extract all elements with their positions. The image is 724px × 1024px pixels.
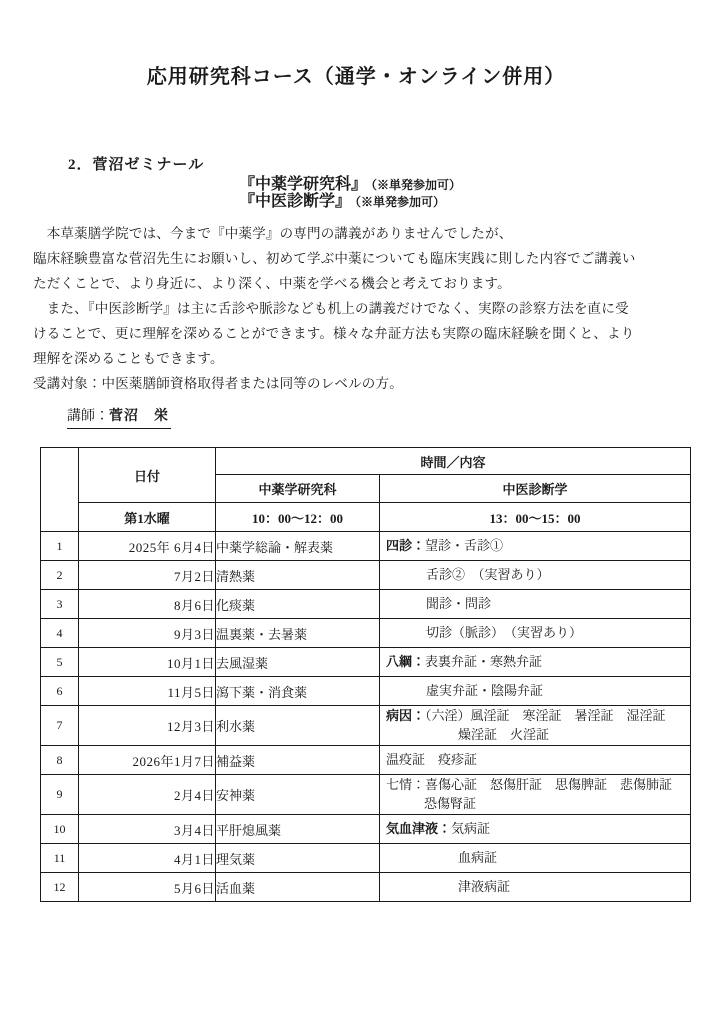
row-number-cell: 11 bbox=[41, 844, 79, 873]
diagnostics-topic-cell: 切診（脈診） （実習あり） bbox=[380, 619, 691, 648]
table-row: 82026年1月7日補益薬温疫証 疫疹証 bbox=[41, 746, 691, 775]
table-row: 125月6日活血薬津液病証 bbox=[41, 873, 691, 902]
table-row: 103月4日平肝熄風薬気血津液：気病証 bbox=[41, 815, 691, 844]
row-number-cell: 8 bbox=[41, 746, 79, 775]
page-title: 応用研究科コース（通学・オンライン併用） bbox=[0, 60, 712, 89]
pharmacology-topic-cell: 去風湿薬 bbox=[216, 648, 380, 677]
date-cell: 2026年1月7日 bbox=[79, 746, 216, 775]
row-number-cell: 2 bbox=[41, 561, 79, 590]
header-course-2: 中医診断学 bbox=[380, 475, 691, 503]
course-2-title: 『中医診断学』 bbox=[239, 193, 351, 210]
diagnostics-line: 八綱：表裏弁証・寒熱弁証 bbox=[380, 653, 690, 672]
date-cell: 8月6日 bbox=[79, 590, 216, 619]
pharmacology-topic-cell: 清熱薬 bbox=[216, 561, 380, 590]
diagnostics-line: 七情：喜傷心証 怒傷肝証 思傷脾証 悲傷肺証 bbox=[380, 776, 690, 795]
diagnostics-topic-cell: 聞診・問診 bbox=[380, 590, 691, 619]
paragraph-line: 臨床経験豊富な菅沼先生にお願いし、初めて学ぶ中薬についても臨床実践に則した内容で… bbox=[33, 246, 698, 271]
diagnostics-line: 温疫証 疫疹証 bbox=[380, 751, 690, 770]
header-time-2: 13：00～15：00 bbox=[380, 503, 691, 532]
diagnostics-line: 虚実弁証・陰陽弁証 bbox=[380, 682, 690, 701]
date-cell: 2月4日 bbox=[79, 775, 216, 815]
header-week: 第1水曜 bbox=[79, 503, 216, 532]
row-number-cell: 10 bbox=[41, 815, 79, 844]
category-prefix: 八綱： bbox=[386, 654, 425, 669]
header-course-1: 中薬学研究科 bbox=[216, 475, 380, 503]
pharmacology-topic-cell: 温裏薬・去暑薬 bbox=[216, 619, 380, 648]
date-cell: 9月3日 bbox=[79, 619, 216, 648]
table-row: 712月3日利水薬病因：（六淫）風淫証 寒淫証 暑淫証 湿淫証燥淫証 火淫証 bbox=[41, 706, 691, 746]
pharmacology-topic-cell: 利水薬 bbox=[216, 706, 380, 746]
pharmacology-topic-cell: 瀉下薬・消食薬 bbox=[216, 677, 380, 706]
pharmacology-topic-cell: 化痰薬 bbox=[216, 590, 380, 619]
diagnostics-topic-cell: 八綱：表裏弁証・寒熱弁証 bbox=[380, 648, 691, 677]
date-cell: 5月6日 bbox=[79, 873, 216, 902]
course-2-note: （※単発参加可） bbox=[355, 195, 445, 209]
row-number-cell: 6 bbox=[41, 677, 79, 706]
paragraph-line: 受講対象：中医薬膳師資格取得者または同等のレベルの方。 bbox=[33, 371, 698, 396]
pharmacology-topic-cell: 中薬学総論・解表薬 bbox=[216, 532, 380, 561]
pharmacology-topic-cell: 補益薬 bbox=[216, 746, 380, 775]
row-number-cell: 4 bbox=[41, 619, 79, 648]
lecturer-label: 講師： bbox=[67, 409, 109, 424]
diagnostics-topic-cell: 病因：（六淫）風淫証 寒淫証 暑淫証 湿淫証燥淫証 火淫証 bbox=[380, 706, 691, 746]
course-2: 『中医診断学』（※単発参加可） bbox=[239, 188, 445, 211]
paragraph-line: 本草薬膳学院では、今まで『中薬学』の専門の講義がありませんでしたが、 bbox=[33, 221, 698, 246]
category-prefix: 四診： bbox=[386, 538, 425, 553]
table-row: 92月4日安神薬七情：喜傷心証 怒傷肝証 思傷脾証 悲傷肺証恐傷腎証 bbox=[41, 775, 691, 815]
document-page: 応用研究科コース（通学・オンライン併用） 2．菅沼ゼミナール 『中薬学研究科』（… bbox=[0, 0, 724, 1024]
row-number-cell: 3 bbox=[41, 590, 79, 619]
diagnostics-topic-cell: 四診：望診・舌診① bbox=[380, 532, 691, 561]
diagnostics-topic-cell: 虚実弁証・陰陽弁証 bbox=[380, 677, 691, 706]
diagnostics-topic-cell: 津液病証 bbox=[380, 873, 691, 902]
date-cell: 3月4日 bbox=[79, 815, 216, 844]
diagnostics-line: 燥淫証 火淫証 bbox=[380, 726, 690, 745]
paragraph-line: ただくことで、より身近に、より深く、中薬を学べる機会と考えております。 bbox=[33, 271, 698, 296]
date-cell: 12月3日 bbox=[79, 706, 216, 746]
paragraph-line: また、『中医診断学』は主に舌診や脈診なども机上の講義だけでなく、実際の診察方法を… bbox=[33, 296, 698, 321]
paragraph-line: けることで、更に理解を深めることができます。様々な弁証方法も実際の臨床経験を聞く… bbox=[33, 321, 698, 346]
diagnostics-line: 舌診② （実習あり） bbox=[380, 566, 690, 585]
diagnostics-line: 病因：（六淫）風淫証 寒淫証 暑淫証 湿淫証 bbox=[380, 707, 690, 726]
row-number-cell: 1 bbox=[41, 532, 79, 561]
pharmacology-topic-cell: 活血薬 bbox=[216, 873, 380, 902]
header-time-1: 10：00～12：00 bbox=[216, 503, 380, 532]
table-row: 611月5日瀉下薬・消食薬虚実弁証・陰陽弁証 bbox=[41, 677, 691, 706]
row-number-cell: 5 bbox=[41, 648, 79, 677]
date-cell: 11月5日 bbox=[79, 677, 216, 706]
diagnostics-line: 恐傷腎証 bbox=[380, 795, 690, 814]
lecturer-name: 菅沼 栄 bbox=[109, 409, 169, 424]
intro-paragraph: 本草薬膳学院では、今まで『中薬学』の専門の講義がありませんでしたが、臨床経験豊富… bbox=[33, 221, 698, 396]
header-number-column bbox=[41, 448, 79, 532]
diagnostics-line: 津液病証 bbox=[380, 878, 690, 897]
pharmacology-topic-cell: 理気薬 bbox=[216, 844, 380, 873]
diagnostics-line: 切診（脈診） （実習あり） bbox=[380, 624, 690, 643]
paragraph-line: 理解を深めることもできます。 bbox=[33, 346, 698, 371]
row-number-cell: 12 bbox=[41, 873, 79, 902]
date-cell: 10月1日 bbox=[79, 648, 216, 677]
diagnostics-line: 聞診・問診 bbox=[380, 595, 690, 614]
header-time-content: 時間／内容 bbox=[216, 448, 691, 475]
date-cell: 4月1日 bbox=[79, 844, 216, 873]
diagnostics-line: 血病証 bbox=[380, 849, 690, 868]
table-row: 38月6日化痰薬聞診・問診 bbox=[41, 590, 691, 619]
table-row: 27月2日清熱薬舌診② （実習あり） bbox=[41, 561, 691, 590]
diagnostics-topic-cell: 温疫証 疫疹証 bbox=[380, 746, 691, 775]
category-prefix: 気血津液： bbox=[386, 821, 451, 836]
diagnostics-line: 四診：望診・舌診① bbox=[380, 537, 690, 556]
diagnostics-topic-cell: 血病証 bbox=[380, 844, 691, 873]
header-row-3: 第1水曜 10：00～12：00 13：00～15：00 bbox=[41, 503, 691, 532]
header-date: 日付 bbox=[79, 448, 216, 503]
pharmacology-topic-cell: 安神薬 bbox=[216, 775, 380, 815]
diagnostics-topic-cell: 気血津液：気病証 bbox=[380, 815, 691, 844]
header-row-1: 日付 時間／内容 bbox=[41, 448, 691, 475]
pharmacology-topic-cell: 平肝熄風薬 bbox=[216, 815, 380, 844]
diagnostics-line: 気血津液：気病証 bbox=[380, 820, 690, 839]
table-row: 510月1日去風湿薬八綱：表裏弁証・寒熱弁証 bbox=[41, 648, 691, 677]
table-row: 49月3日温裏薬・去暑薬切診（脈診） （実習あり） bbox=[41, 619, 691, 648]
category-prefix: 病因： bbox=[386, 708, 425, 723]
lecturer-line: 講師：菅沼 栄 bbox=[67, 405, 171, 429]
schedule-table: 日付 時間／内容 中薬学研究科 中医診断学 第1水曜 10：00～12：00 1… bbox=[40, 447, 691, 902]
table-row: 12025年 6月4日中薬学総論・解表薬四診：望診・舌診① bbox=[41, 532, 691, 561]
row-number-cell: 9 bbox=[41, 775, 79, 815]
diagnostics-topic-cell: 舌診② （実習あり） bbox=[380, 561, 691, 590]
section-heading-line-2: 『中医診断学』（※単発参加可） bbox=[0, 170, 724, 224]
row-number-cell: 7 bbox=[41, 706, 79, 746]
date-cell: 7月2日 bbox=[79, 561, 216, 590]
diagnostics-topic-cell: 七情：喜傷心証 怒傷肝証 思傷脾証 悲傷肺証恐傷腎証 bbox=[380, 775, 691, 815]
table-row: 114月1日理気薬血病証 bbox=[41, 844, 691, 873]
date-cell: 2025年 6月4日 bbox=[79, 532, 216, 561]
